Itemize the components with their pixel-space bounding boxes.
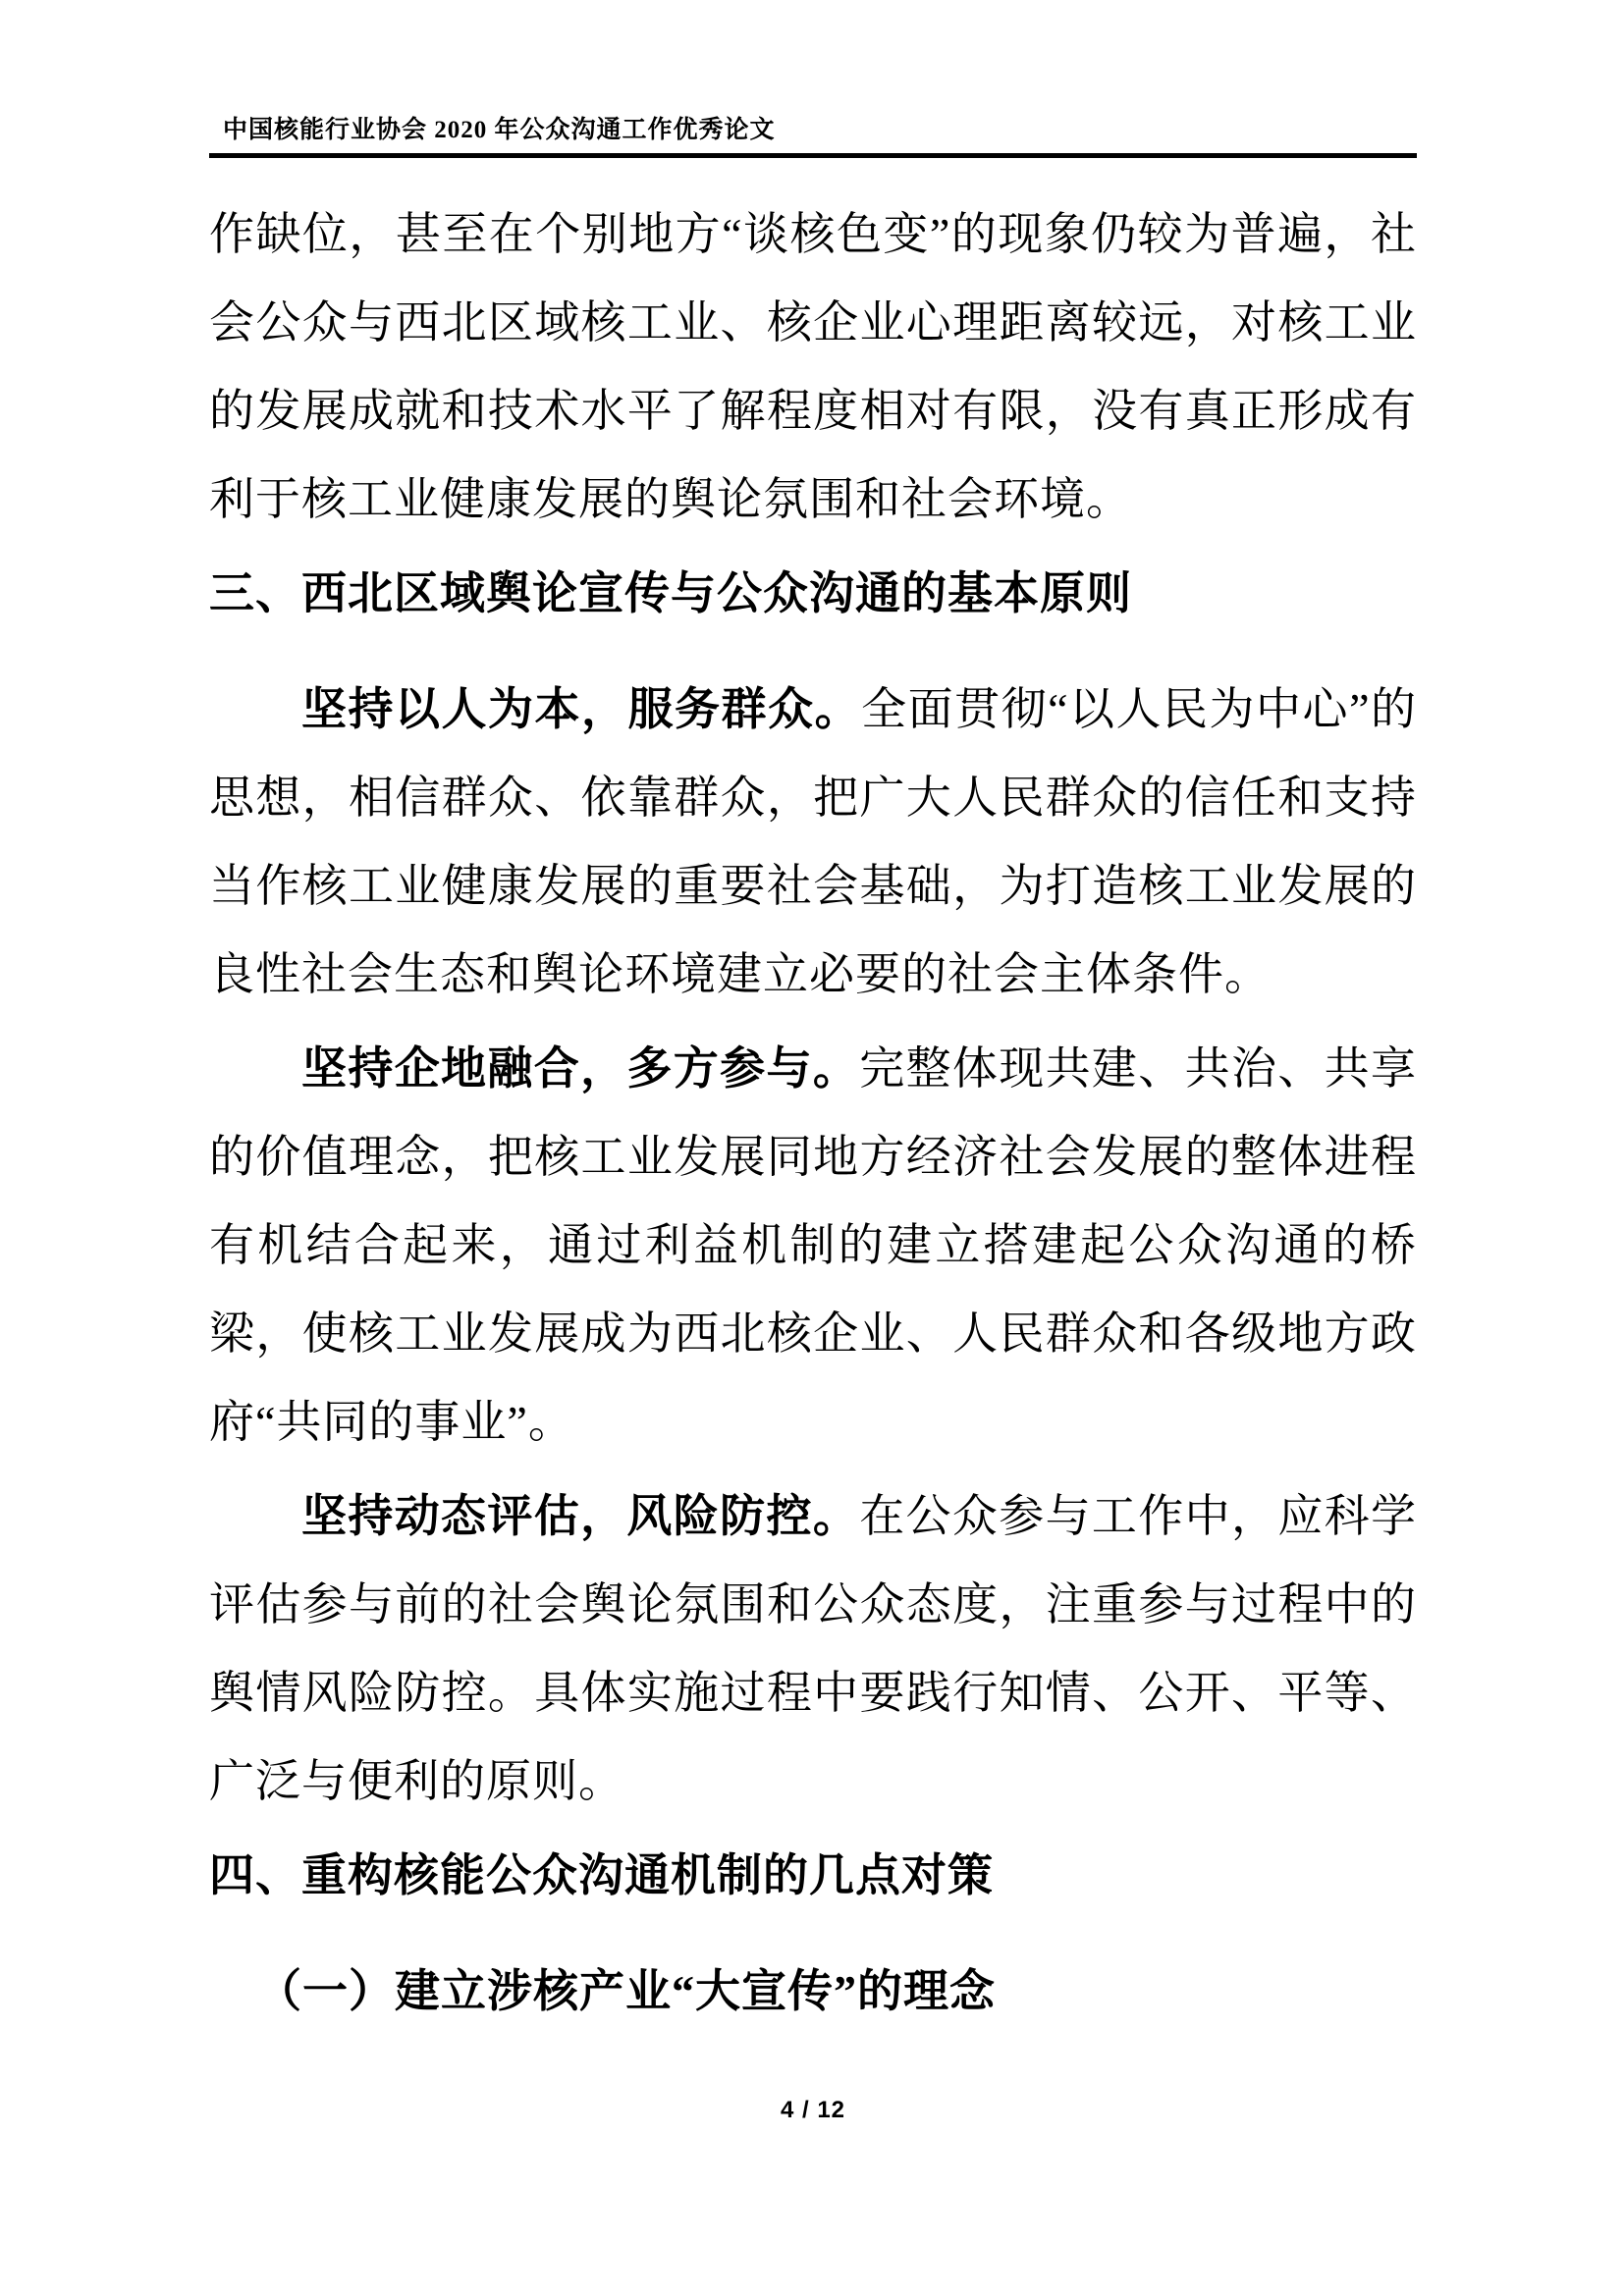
paragraph-text: 作缺位，甚至在个别地方“谈核色变”的现象仍较为普遍，社会公众与西北区域核工业、核… bbox=[209, 209, 1417, 524]
body-paragraph-continuation: 作缺位，甚至在个别地方“谈核色变”的现象仍较为普遍，社会公众与西北区域核工业、核… bbox=[209, 190, 1417, 544]
page-footer: 4 / 12 bbox=[209, 2097, 1417, 2124]
paragraph-lead: 坚持以人为本，服务群众。 bbox=[301, 684, 861, 734]
header-title: 中国核能行业协会 2020 年公众沟通工作优秀论文 bbox=[223, 110, 1417, 145]
page-number: 4 / 12 bbox=[781, 2097, 845, 2123]
section-heading-4: 四、重构核能公众沟通机制的几点对策 bbox=[209, 1832, 1417, 1920]
paragraph-text: 完整体现共建、共治、共享的价值理念，把核工业发展同地方经济社会发展的整体进程有机… bbox=[209, 1043, 1417, 1447]
page-header: 中国核能行业协会 2020 年公众沟通工作优秀论文 bbox=[209, 110, 1417, 158]
body-paragraph-enterprise-local: 坚持企地融合，多方参与。完整体现共建、共治、共享的价值理念，把核工业发展同地方经… bbox=[209, 1025, 1417, 1467]
document-body: 作缺位，甚至在个别地方“谈核色变”的现象仍较为普遍，社会公众与西北区域核工业、核… bbox=[209, 190, 1417, 2036]
body-paragraph-dynamic-assessment: 坚持动态评估，风险防控。在公众参与工作中，应科学评估参与前的社会舆论氛围和公众态… bbox=[209, 1472, 1417, 1826]
paragraph-lead: 坚持动态评估，风险防控。 bbox=[301, 1491, 859, 1541]
subsection-heading-1: （一）建立涉核产业“大宣传”的理念 bbox=[209, 1948, 1417, 2036]
body-paragraph-people-first: 坚持以人为本，服务群众。全面贯彻“以人民为中心”的思想，相信群众、依靠群众，把广… bbox=[209, 666, 1417, 1019]
paragraph-lead: 坚持企地融合，多方参与。 bbox=[301, 1043, 859, 1094]
document-page: 中国核能行业协会 2020 年公众沟通工作优秀论文 作缺位，甚至在个别地方“谈核… bbox=[0, 0, 1624, 2296]
section-heading-3: 三、西北区域舆论宣传与公众沟通的基本原则 bbox=[209, 550, 1417, 638]
